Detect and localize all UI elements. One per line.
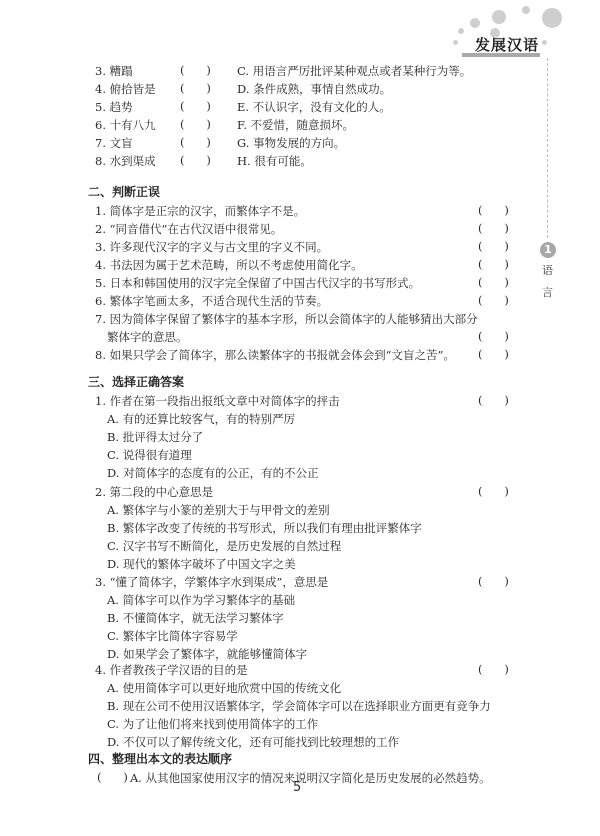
- brand-underline: [462, 53, 540, 57]
- term: 3. 糟蹋: [95, 63, 133, 79]
- term: 7. 文盲: [95, 135, 133, 151]
- answer-blank[interactable]: ( ): [478, 484, 509, 498]
- decor-dot: [492, 10, 506, 24]
- statement: 3. 许多现代汉字的字义与古文里的字义不同。: [95, 239, 328, 255]
- answer-blank[interactable]: ( ): [180, 153, 211, 167]
- answer-blank[interactable]: ( ): [97, 770, 128, 784]
- section-title-order: 四、整理出本文的表达顺序: [88, 750, 232, 767]
- statement: 8. 如果只学会了简体字，那么读繁体字的书报就会体会到“文盲之苦”。: [95, 347, 455, 363]
- option[interactable]: D. 不仅可以了解传统文化，还有可能找到比较理想的工作: [107, 734, 399, 750]
- definition: D. 条件成熟，事情自然成功。: [237, 81, 391, 97]
- answer-blank[interactable]: ( ): [478, 293, 509, 307]
- brand-title: 发展汉语: [475, 34, 539, 55]
- side-dashed-line: [547, 58, 548, 238]
- option[interactable]: D. 现代的繁体字破坏了中国文字之美: [107, 556, 296, 572]
- answer-blank[interactable]: ( ): [478, 329, 509, 343]
- decor-dot: [522, 6, 530, 14]
- answer-blank[interactable]: ( ): [478, 203, 509, 217]
- answer-blank[interactable]: ( ): [478, 347, 509, 361]
- option[interactable]: C. 为了让他们将来找到使用简体字的工作: [107, 716, 318, 732]
- definition: G. 事物发展的方向。: [237, 135, 345, 151]
- answer-blank[interactable]: ( ): [478, 257, 509, 271]
- statement: 1. 简体字是正宗的汉字，而繁体字不是。: [95, 203, 305, 219]
- statement-continuation: 繁体字的意思。: [107, 329, 188, 345]
- answer-blank[interactable]: ( ): [478, 662, 509, 676]
- option[interactable]: B. 不懂简体字，就无法学习繁体字: [107, 610, 284, 626]
- answer-blank[interactable]: ( ): [478, 275, 509, 289]
- option[interactable]: A. 繁体字与小篆的差别大于与甲骨文的差别: [107, 502, 330, 518]
- chapter-label-char: 言: [542, 284, 553, 300]
- chapter-label-char: 语: [542, 262, 553, 278]
- term: 6. 十有八九: [95, 117, 156, 133]
- option[interactable]: D. 如果学会了繁体字，就能够懂简体字: [107, 646, 307, 662]
- question: 2. 第二段的中心意思是: [95, 484, 213, 500]
- answer-blank[interactable]: ( ): [180, 81, 211, 95]
- decor-dot: [453, 40, 458, 45]
- option[interactable]: C. 繁体字比简体字容易学: [107, 628, 238, 644]
- answer-blank[interactable]: ( ): [180, 135, 211, 149]
- decor-dot: [470, 18, 480, 28]
- term: 4. 俯拾皆是: [95, 81, 156, 97]
- answer-blank[interactable]: ( ): [180, 99, 211, 113]
- term: 8. 水到渠成: [95, 153, 156, 169]
- statement: 2. “同音借代”在古代汉语中很常见。: [95, 221, 282, 237]
- answer-blank[interactable]: ( ): [478, 221, 509, 235]
- option[interactable]: D. 对简体字的态度有的公正，有的不公正: [107, 465, 319, 481]
- answer-blank[interactable]: ( ): [180, 117, 211, 131]
- order-item: A. 从其他国家使用汉字的情况来说明汉字简化是历史发展的必然趋势。: [130, 770, 491, 786]
- option[interactable]: A. 使用简体字可以更好地欣赏中国的传统文化: [107, 680, 341, 696]
- decor-dot: [458, 28, 464, 34]
- option[interactable]: B. 繁体字改变了传统的书写形式，所以我们有理由批评繁体字: [107, 520, 422, 536]
- term: 5. 趋势: [95, 99, 133, 115]
- page-number: 5: [293, 780, 301, 795]
- question: 1. 作者在第一段指出报纸文章中对简体字的抨击: [95, 393, 340, 409]
- definition: H. 很有可能。: [237, 153, 312, 169]
- decor-dot: [542, 8, 562, 28]
- definition: F. 不爱惜，随意损坏。: [237, 117, 354, 133]
- section-title-multiple-choice: 三、选择正确答案: [88, 373, 184, 390]
- answer-blank[interactable]: ( ): [478, 239, 509, 253]
- chapter-number-badge: 1: [540, 242, 556, 258]
- section-title-true-false: 二、判断正误: [88, 183, 160, 200]
- option[interactable]: B. 批评得太过分了: [107, 429, 203, 445]
- question: 4. 作者教孩子学汉语的目的是: [95, 662, 248, 678]
- question: 3. “懂了简体字，学繁体字水到渠成”，意思是: [95, 574, 328, 590]
- decor-dot: [542, 40, 547, 45]
- statement: 5. 日本和韩国使用的汉字完全保留了中国古代汉字的书写形式。: [95, 275, 420, 291]
- statement: 4. 书法因为属于艺术范畴，所以不考虑使用简化字。: [95, 257, 363, 273]
- option[interactable]: B. 现在公司不使用汉语繁体字，学会简体字可以在选择职业方面更有竞争力: [107, 698, 491, 714]
- definition: E. 不认识字，没有文化的人。: [237, 99, 391, 115]
- statement: 6. 繁体字笔画太多，不适合现代生活的节奏。: [95, 293, 328, 309]
- option[interactable]: A. 简体字可以作为学习繁体字的基础: [107, 592, 295, 608]
- option[interactable]: A. 有的还算比较客气，有的特别严厉: [107, 411, 295, 427]
- definition: C. 用语言严厉批评某种观点或者某种行为等。: [237, 63, 471, 79]
- option[interactable]: C. 汉字书写不断简化，是历史发展的自然过程: [107, 538, 341, 554]
- answer-blank[interactable]: ( ): [478, 574, 509, 588]
- option[interactable]: C. 说得很有道理: [107, 447, 192, 463]
- answer-blank[interactable]: ( ): [478, 393, 509, 407]
- answer-blank[interactable]: ( ): [180, 63, 211, 77]
- statement: 7. 因为简体字保留了繁体字的基本字形，所以会简体字的人能够猜出大部分: [95, 311, 478, 327]
